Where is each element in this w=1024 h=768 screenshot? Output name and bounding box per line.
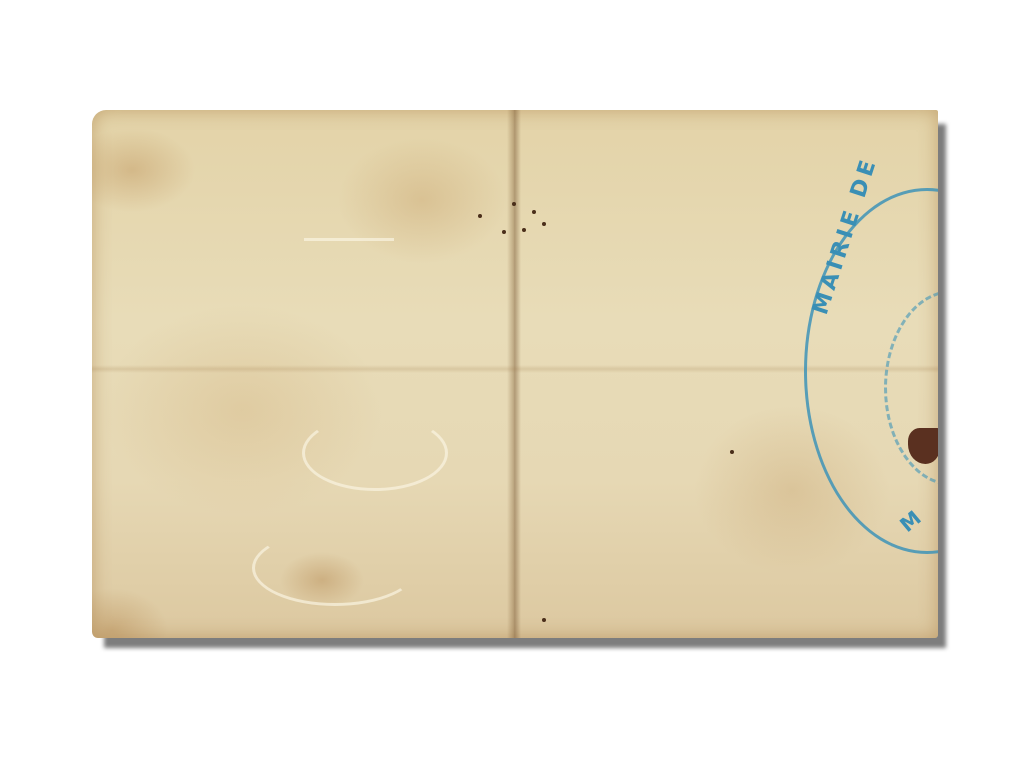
embossed-oval: [302, 415, 448, 491]
speckle: [730, 450, 734, 454]
speckle: [532, 210, 536, 214]
speckle: [542, 618, 546, 622]
banknote-reverse: MAIRIE DE M: [92, 110, 938, 638]
center-fold-crease: [507, 110, 521, 638]
speckle: [542, 222, 546, 226]
ink-stain: [908, 428, 938, 464]
embossed-line: [304, 238, 394, 241]
speckle: [512, 202, 516, 206]
speckle: [502, 230, 506, 234]
embossed-curve: [252, 530, 418, 606]
speckle: [522, 228, 526, 232]
speckle: [478, 214, 482, 218]
